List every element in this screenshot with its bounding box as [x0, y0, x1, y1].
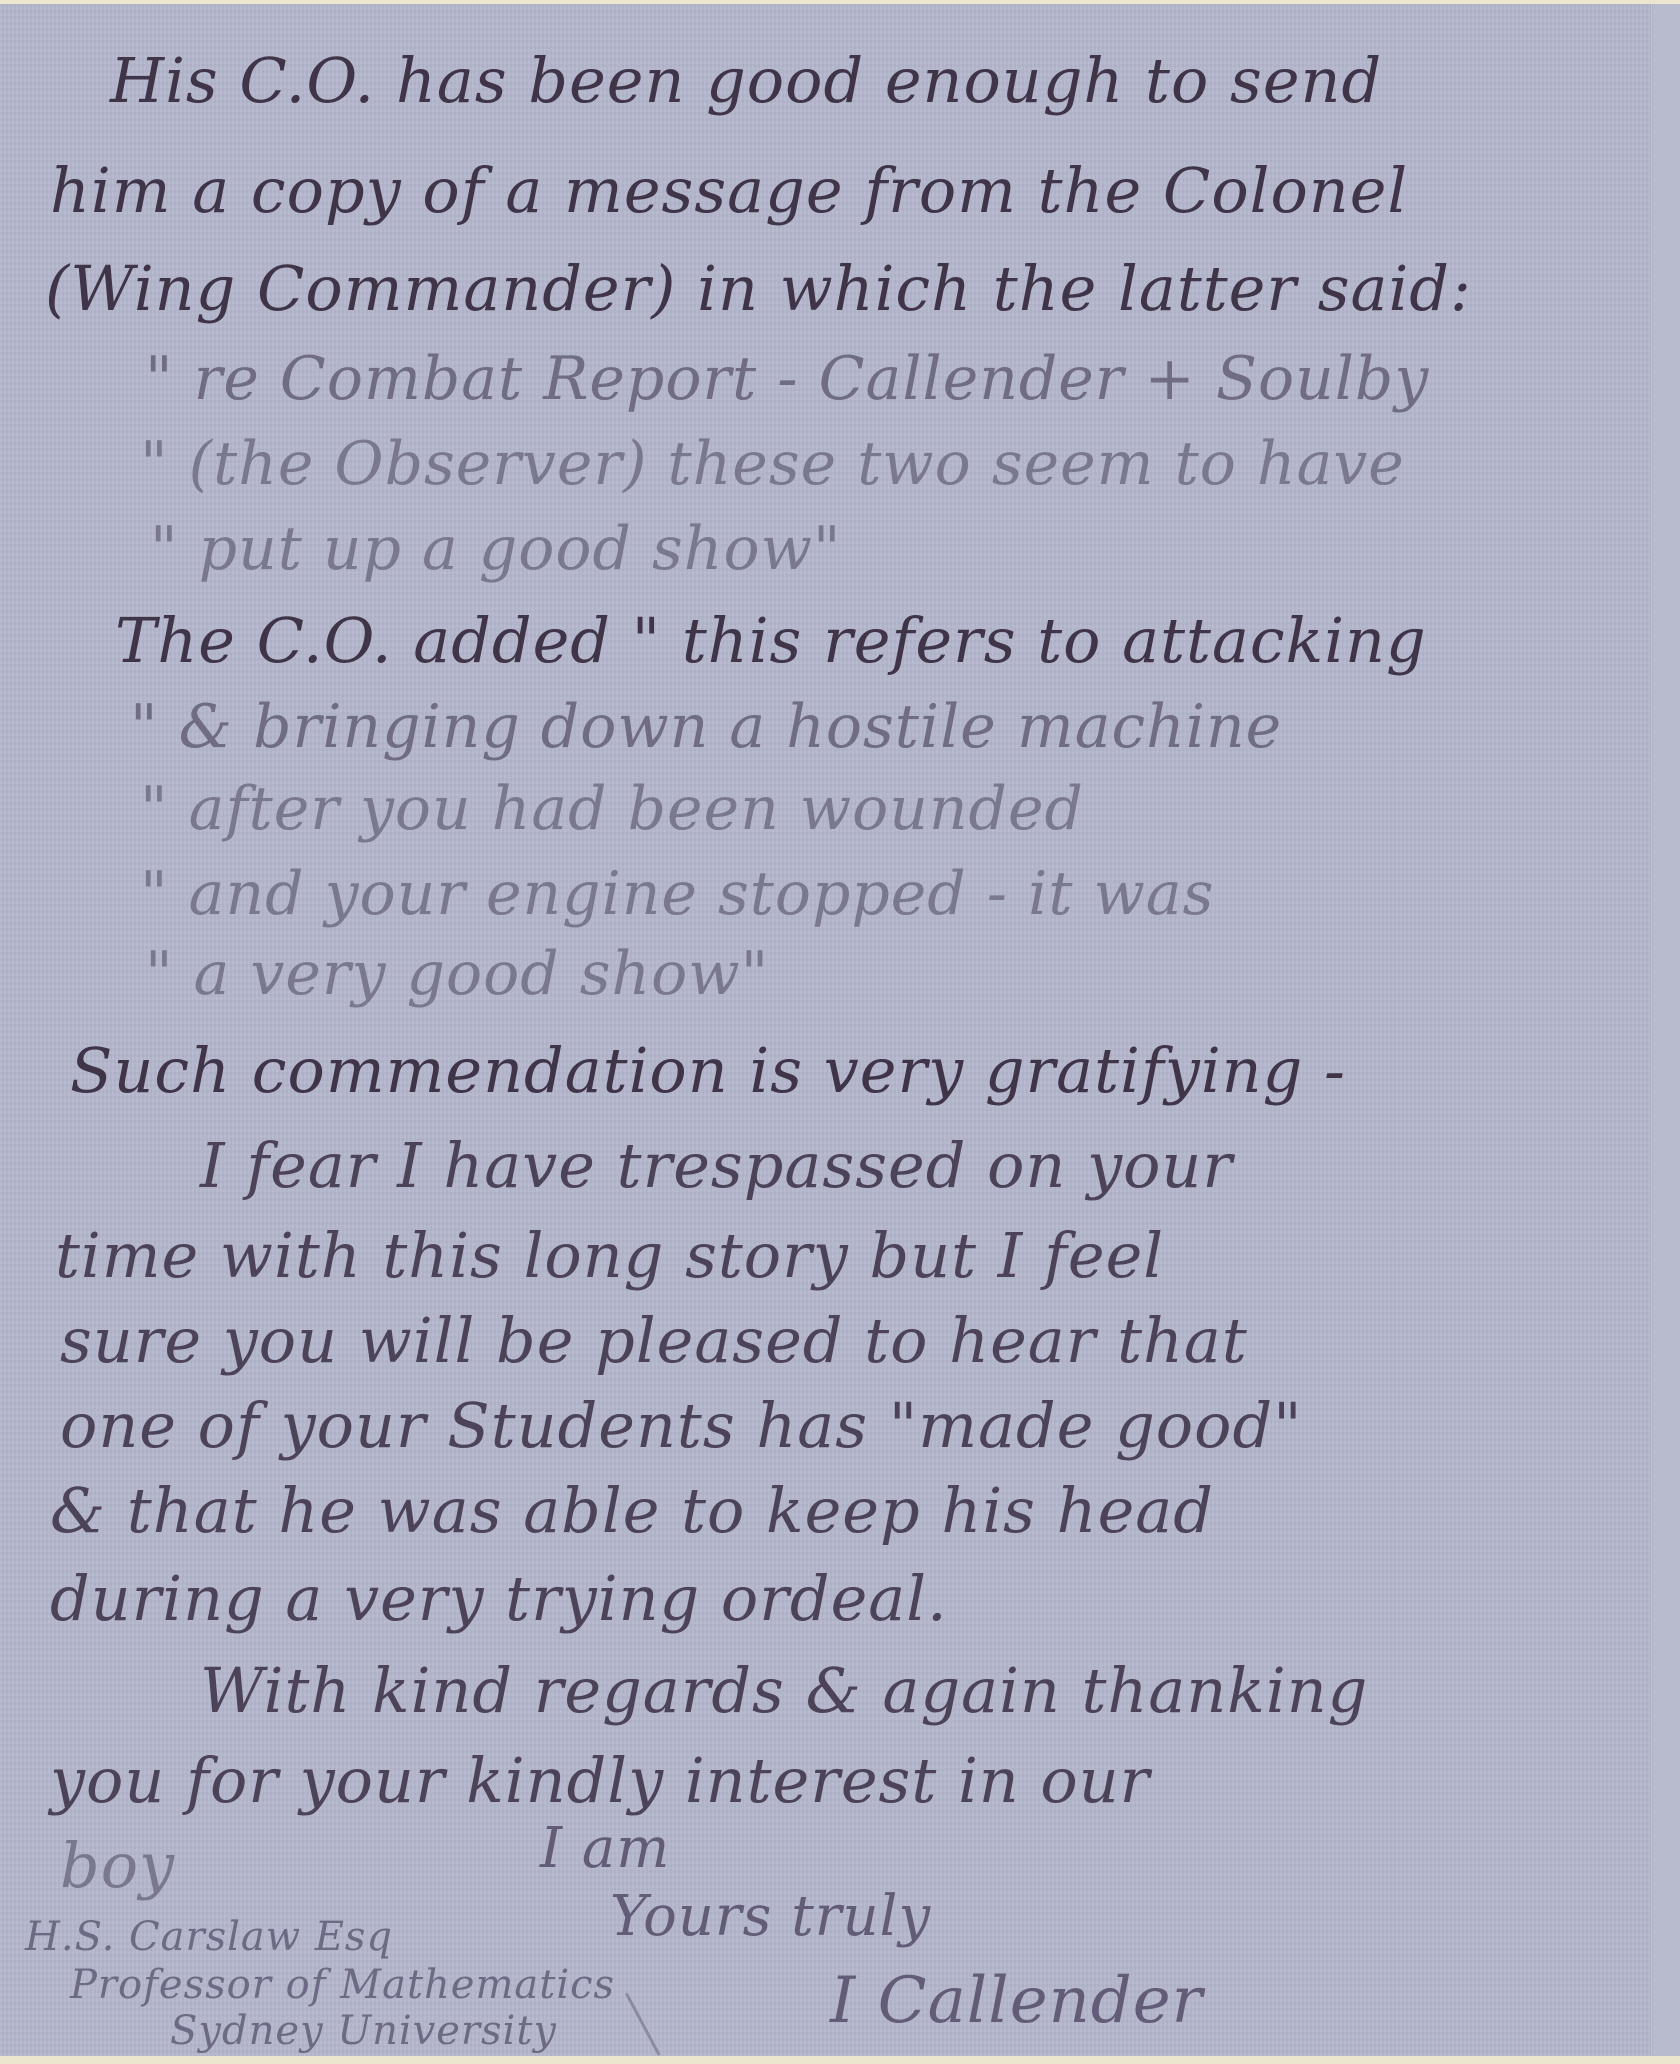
addressee-name: H.S. Carslaw Esq [25, 1914, 393, 1960]
letter-line-2: him a copy of a message from the Colonel [50, 154, 1408, 227]
letter-line-21: boy [60, 1829, 175, 1902]
quote-line-4: " & bringing down a hostile machine [130, 692, 1282, 762]
letter-line-19: With kind regards & again thanking [200, 1654, 1368, 1727]
quote-line-3: " put up a good show" [150, 514, 842, 584]
letter-line-17: & that he was able to keep his head [50, 1474, 1214, 1547]
quote-line-6: " and your engine stopped - it was [140, 859, 1214, 929]
letter-line-1: His C.O. has been good enough to send [110, 44, 1382, 117]
letter-line-20: you for your kindly interest in our [50, 1744, 1150, 1817]
adjacent-page-strip [1653, 4, 1680, 2056]
letter-line-18: during a very trying ordeal. [50, 1562, 948, 1635]
closing-yours-truly: Yours truly [610, 1884, 931, 1949]
letter-page: His C.O. has been good enough to send hi… [0, 4, 1680, 2056]
closing-i-am: I am [540, 1816, 670, 1881]
letter-line-12: Such commendation is very gratifying - [70, 1034, 1346, 1107]
quote-line-5: " after you had been wounded [140, 774, 1084, 844]
quote-line-1: " re Combat Report - Callender + Soulby [145, 344, 1429, 414]
addressee-institution: Sydney University [170, 2008, 557, 2054]
pen-stroke-mark [625, 1993, 661, 2056]
letter-line-3: (Wing Commander) in which the latter sai… [45, 252, 1472, 325]
signature: I Callender [830, 1964, 1203, 2038]
quote-line-7: " a very good show" [145, 939, 769, 1009]
letter-line-15: sure you will be pleased to hear that [60, 1304, 1248, 1377]
letter-line-7: The C.O. added " this refers to attackin… [115, 604, 1427, 677]
quote-line-2: " (the Observer) these two seem to have [140, 429, 1405, 499]
addressee-title: Professor of Mathematics [70, 1962, 615, 2008]
letter-line-14: time with this long story but I feel [55, 1219, 1164, 1292]
letter-line-16: one of your Students has "made good" [60, 1389, 1303, 1462]
letter-line-13: I fear I have trespassed on your [200, 1129, 1233, 1202]
